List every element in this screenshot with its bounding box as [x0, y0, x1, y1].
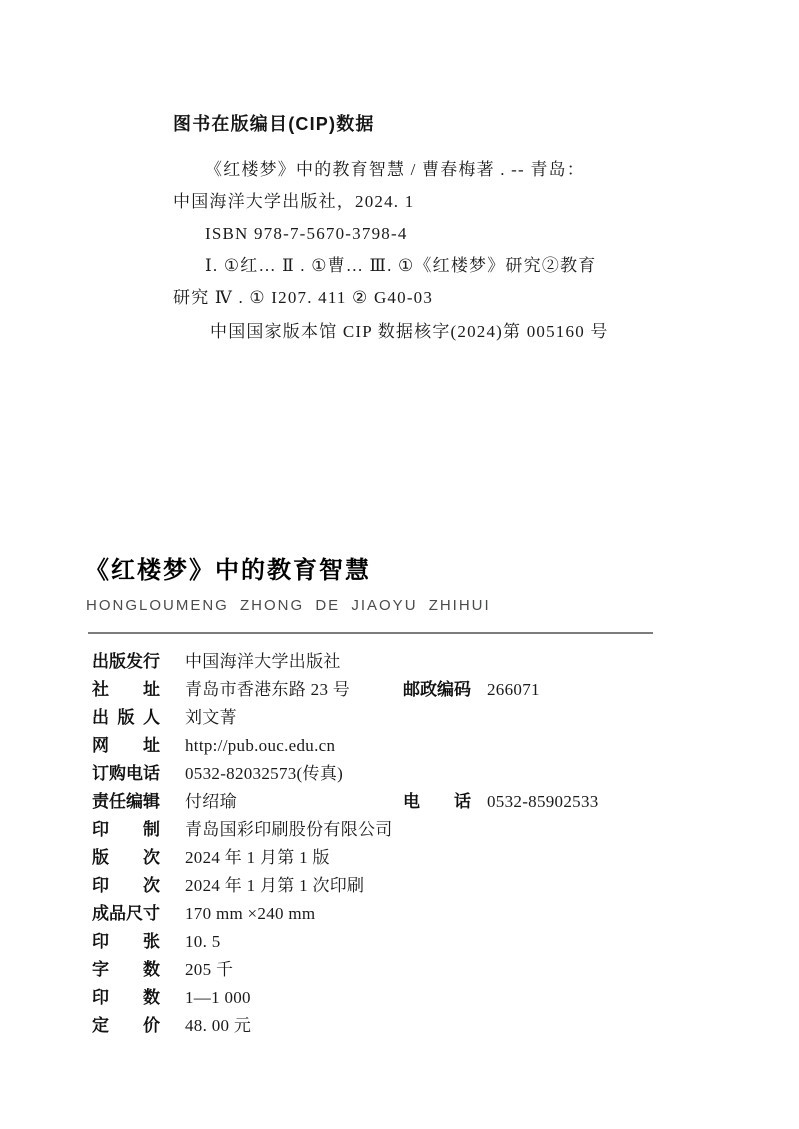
field-value-phone: 0532-85902533 — [487, 788, 599, 816]
row-address: 社址 青岛市香港东路 23 号 邮政编码 266071 — [0, 676, 799, 704]
field-value: 青岛市香港东路 23 号 — [185, 676, 350, 704]
field-value: 170 mm ×240 mm — [185, 900, 315, 928]
field-value: 0532-82032573(传真) — [185, 760, 343, 788]
copyright-page: 图书在版编目(CIP)数据 《红楼梦》中的教育智慧 / 曹春梅著 . -- 青岛… — [0, 0, 799, 1129]
field-label: 出版人 — [92, 704, 160, 732]
field-value: 刘文菁 — [185, 704, 237, 732]
field-value-postal-code: 266071 — [487, 676, 540, 704]
field-value: 付绍瑜 — [185, 788, 237, 816]
field-value: 中国海洋大学出版社 — [185, 648, 341, 676]
cip-publisher-line: 中国海洋大学出版社，2024. 1 — [173, 186, 673, 218]
field-label: 网址 — [92, 732, 160, 760]
field-value-url: http://pub.ouc.edu.cn — [185, 732, 335, 760]
row-size: 成品尺寸 170 mm ×240 mm — [0, 900, 799, 928]
field-value: 10. 5 — [185, 928, 221, 956]
cip-title-line: 《红楼梦》中的教育智慧 / 曹春梅著 . -- 青岛： — [173, 154, 673, 186]
field-value: 2024 年 1 月第 1 次印刷 — [185, 872, 364, 900]
cip-classification-line2: 研究 Ⅳ . ① I207. 411 ② G40-03 — [173, 282, 673, 314]
row-printer: 印制 青岛国彩印刷股份有限公司 — [0, 816, 799, 844]
field-value: 48. 00 元 — [185, 1012, 251, 1040]
row-publisher: 出版发行 中国海洋大学出版社 — [0, 648, 799, 676]
row-order-phone: 订购电话 0532-82032573(传真) — [0, 760, 799, 788]
field-value: 青岛国彩印刷股份有限公司 — [185, 816, 393, 844]
field-label: 订购电话 — [92, 760, 160, 788]
cip-header: 图书在版编目(CIP)数据 — [173, 108, 673, 140]
cip-classification-line1: Ⅰ. ①红… Ⅱ . ①曹… Ⅲ. ①《红楼梦》研究②教育 — [173, 250, 673, 282]
field-label: 定价 — [92, 1012, 160, 1040]
field-label-postal-code: 邮政编码 — [403, 676, 471, 704]
field-label: 字数 — [92, 956, 160, 984]
field-label: 印制 — [92, 816, 160, 844]
field-label: 出版发行 — [92, 648, 160, 676]
field-label: 印数 — [92, 984, 160, 1012]
field-value: 205 千 — [185, 956, 233, 984]
row-editor: 责任编辑 付绍瑜 电话 0532-85902533 — [0, 788, 799, 816]
row-sheets: 印张 10. 5 — [0, 928, 799, 956]
cip-data-block: 图书在版编目(CIP)数据 《红楼梦》中的教育智慧 / 曹春梅著 . -- 青岛… — [173, 108, 673, 348]
field-label-phone: 电话 — [403, 788, 471, 816]
row-price: 定价 48. 00 元 — [0, 1012, 799, 1040]
field-label: 印次 — [92, 872, 160, 900]
field-label: 印张 — [92, 928, 160, 956]
cip-record-number-line: 中国国家版本馆 CIP 数据核字(2024)第 005160 号 — [173, 316, 673, 348]
field-value: 1—1 000 — [185, 984, 251, 1012]
field-value: 2024 年 1 月第 1 版 — [185, 844, 330, 872]
row-word-count: 字数 205 千 — [0, 956, 799, 984]
book-title: 《红楼梦》中的教育智慧 — [85, 556, 491, 586]
cip-isbn-line: ISBN 978-7-5670-3798-4 — [173, 218, 673, 250]
divider-rule — [88, 632, 653, 634]
row-publisher-person: 出版人 刘文菁 — [0, 704, 799, 732]
row-impression: 印次 2024 年 1 月第 1 次印刷 — [0, 872, 799, 900]
field-label: 责任编辑 — [92, 788, 160, 816]
row-website: 网址 http://pub.ouc.edu.cn — [0, 732, 799, 760]
field-label: 社址 — [92, 676, 160, 704]
row-edition: 版次 2024 年 1 月第 1 版 — [0, 844, 799, 872]
colophon-list: 出版发行 中国海洋大学出版社 社址 青岛市香港东路 23 号 邮政编码 2660… — [0, 648, 799, 1040]
field-label: 版次 — [92, 844, 160, 872]
book-title-pinyin: HONGLOUMENG ZHONG DE JIAOYU ZHIHUI — [86, 597, 491, 615]
book-title-block: 《红楼梦》中的教育智慧 HONGLOUMENG ZHONG DE JIAOYU … — [85, 556, 491, 615]
row-print-run: 印数 1—1 000 — [0, 984, 799, 1012]
field-label: 成品尺寸 — [92, 900, 160, 928]
